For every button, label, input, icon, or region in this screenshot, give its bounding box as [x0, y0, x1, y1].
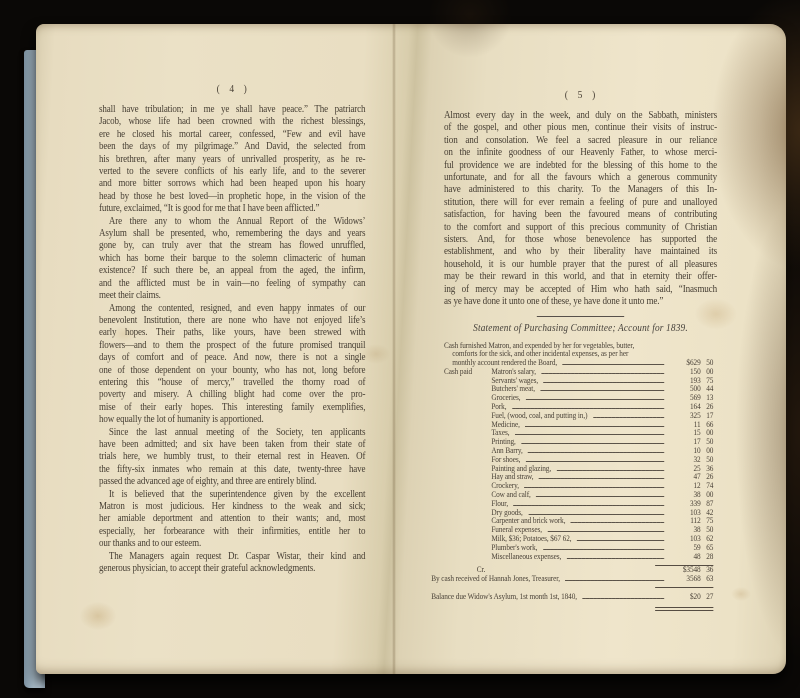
table-row: Miscellaneous expenses,4828: [444, 553, 717, 562]
text-line: and the afflicted must be in vain—no fee…: [99, 278, 365, 290]
text-line: sisters. And, for those whose benevolenc…: [444, 234, 717, 246]
table-row: Flour,33987: [444, 500, 717, 509]
text-line: generous physician, to accept their grat…: [99, 563, 365, 575]
text-line: been the days of my pilgrimage.” And Dav…: [99, 141, 365, 153]
text-line: establishment, and who by their liberali…: [444, 246, 717, 258]
text-line: his brethren, after many years of unriva…: [99, 154, 365, 166]
text-line: poverty and misery. A chilling blight ha…: [99, 389, 365, 401]
row-amount: 4828: [670, 553, 714, 562]
leader-dashes: [528, 514, 664, 515]
table-row: Fuel, (wood, coal, and putting in,)32517: [444, 412, 717, 421]
table-row: Balance due Widow's Asylum, 1st month 1s…: [431, 593, 717, 602]
open-page-spread: ( 4 ) shall have tribulation; in me ye s…: [36, 24, 786, 674]
body-paragraph: Are there any to whom the Annual Report …: [99, 216, 365, 303]
table-row: Cash paidMatron's salary,15000: [444, 368, 717, 377]
text-line: the fifty-six inmates who remain at this…: [99, 464, 365, 476]
text-line: benevolent Institution, there are none w…: [99, 315, 365, 327]
text-line: mise of their early hopes. This interest…: [99, 402, 365, 414]
section-divider-rule: [537, 316, 624, 317]
leader-dashes: [577, 540, 664, 541]
text-line: gone by, can truly aver that the stream …: [99, 240, 365, 252]
leader-dashes: [536, 496, 664, 497]
row-label: By cash received of Hannah Jones, Treasu…: [431, 575, 560, 584]
leader-dashes: [524, 487, 664, 488]
statement-heading: Statement of Purchasing Committee; Accou…: [444, 323, 717, 335]
table-row: Groceries,56913: [444, 394, 717, 403]
leader-dashes: [565, 580, 664, 581]
table-row: monthly account rendered the Board,$6295…: [444, 359, 717, 368]
table-row: Funeral expenses,3850: [444, 526, 717, 535]
table-row: Servants' wages,19375: [444, 377, 717, 386]
leader-dashes: [582, 598, 664, 599]
text-line: on the infinite goodness of our Heavenly…: [444, 147, 717, 159]
leader-dashes: [521, 443, 664, 444]
leader-dashes: [512, 408, 664, 409]
leader-dashes: [563, 364, 665, 365]
body-paragraph: The Managers again request Dr. Caspar Wi…: [99, 551, 365, 576]
page-number-right: ( 5 ): [444, 90, 717, 102]
table-row: Carpenter and brick work,11275: [444, 517, 717, 526]
text-line: have administered to this charity. To th…: [444, 184, 717, 196]
text-line: how equally the lot of humanity is appor…: [99, 414, 365, 426]
text-line: Jacob, whose life had been crowned with …: [99, 116, 365, 128]
page-number-left: ( 4 ): [99, 84, 365, 96]
leader-dashes: [525, 426, 664, 427]
book-gutter-shadow: [392, 24, 396, 674]
table-row: Milk, $36; Potatoes, $67 62,10362: [444, 535, 717, 544]
text-line: may be their reward in this world, and t…: [444, 271, 717, 283]
amount-dollars: $20: [670, 593, 701, 602]
row-amount: 356863: [670, 575, 714, 584]
text-line: verted to the severe conflicts of his ea…: [99, 166, 365, 178]
leader-dashes: [540, 390, 664, 391]
text-line: future, exclaimed, “It is good for me th…: [99, 203, 365, 215]
leader-dashes: [544, 382, 665, 383]
text-line: It is believed that the superintendence …: [99, 489, 365, 501]
table-row: Painting and glazing,2536: [444, 465, 717, 474]
text-line: one of those dependent on your bounty, w…: [99, 365, 365, 377]
leader-dashes: [514, 505, 665, 506]
right-page: ( 5 ) Almost every day in the week, and …: [444, 90, 717, 611]
body-paragraph: shall have tribulation; in me ye shall h…: [99, 104, 365, 216]
amount-dollars: 3568: [670, 575, 701, 584]
text-line: ing of mercy may be accepted of Him who …: [444, 284, 717, 296]
text-line: flowers—and to them the prospect of the …: [99, 340, 365, 352]
text-line: satisfaction, for having been the favour…: [444, 209, 717, 221]
table-row: Taxes,1500: [444, 429, 717, 438]
text-line: household, it is our humble prayer that …: [444, 259, 717, 271]
leader-dashes: [491, 571, 665, 572]
leader-dashes: [541, 373, 664, 374]
leader-dashes: [557, 470, 665, 471]
left-page-text: shall have tribulation; in me ye shall h…: [99, 104, 365, 575]
text-line: especially, her forbearance with their i…: [99, 526, 365, 538]
text-line: head by those he best loved—in prophetic…: [99, 191, 365, 203]
text-line: Almost every day in the week, and duly o…: [444, 110, 717, 122]
text-line: existence? If such there be, an appeal f…: [99, 265, 365, 277]
body-paragraph: It is believed that the superintendence …: [99, 489, 365, 551]
table-row: Plumber's work,5965: [444, 544, 717, 553]
book-scan-photo: ( 4 ) shall have tribulation; in me ye s…: [0, 0, 800, 698]
right-page-text: Almost every day in the week, and duly o…: [444, 110, 717, 309]
body-paragraph: Among the contented, resigned, and even …: [99, 303, 365, 427]
text-line: days of comfort and of peace. And now, t…: [99, 352, 365, 364]
text-line: and more bitter sorrows which had been h…: [99, 178, 365, 190]
table-row: Medicine,1166: [444, 421, 717, 430]
text-line: Since the last annual meeting of the Soc…: [99, 427, 365, 439]
text-line: of the gospel, and other pious men, cont…: [444, 122, 717, 134]
text-line: Matron is most judicious. Her kindness t…: [99, 501, 365, 513]
text-line: passed the advanced age of eighty, and t…: [99, 476, 365, 488]
text-line: Among the contented, resigned, and even …: [99, 303, 365, 315]
body-paragraph: Almost every day in the week, and duly o…: [444, 110, 717, 309]
text-line: ere he closed his mortal career, confess…: [99, 129, 365, 141]
leader-dashes: [547, 531, 664, 532]
amount-cents: 27: [701, 593, 714, 602]
text-line: have been admitted; and six have been ta…: [99, 439, 365, 451]
amount-cents: 63: [701, 575, 714, 584]
text-line: trials here, we humbly trust, to their e…: [99, 451, 365, 463]
text-line: meet their claims.: [99, 290, 365, 302]
row-label: Balance due Widow's Asylum, 1st month 1s…: [431, 593, 577, 602]
row-amount: $2027: [670, 593, 714, 602]
subtotal-rule: [655, 587, 713, 588]
leader-dashes: [571, 522, 664, 523]
amount-dollars: 48: [670, 553, 701, 562]
text-line: as ye have done it unto one of these, ye…: [444, 296, 717, 308]
text-line: unfortunate, and for all the favours whi…: [444, 172, 717, 184]
leader-dashes: [528, 452, 664, 453]
closing-double-rule: [655, 607, 713, 611]
row-label: Miscellaneous expenses,: [491, 553, 561, 562]
amount-cents: 28: [701, 553, 714, 562]
text-line: tion and consolation. We feel a sacred p…: [444, 135, 717, 147]
text-line: Are there any to whom the Annual Report …: [99, 216, 365, 228]
text-line: shall have tribulation; in me ye shall h…: [99, 104, 365, 116]
text-line: Asylum shall be presented, who, remember…: [99, 228, 365, 240]
table-row: Cow and calf,3800: [444, 491, 717, 500]
table-row: For shoes,3250: [444, 456, 717, 465]
table-row: Dry goods,10342: [444, 509, 717, 518]
body-paragraph: Since the last annual meeting of the Soc…: [99, 427, 365, 489]
leader-dashes: [515, 434, 664, 435]
table-row: By cash received of Hannah Jones, Treasu…: [431, 575, 717, 584]
text-line: early hopes. Their paths, like yours, ha…: [99, 327, 365, 339]
text-line: her amiable deportment and attention to …: [99, 513, 365, 525]
text-line: entering this “house of mercy,” travelle…: [99, 377, 365, 389]
leader-dashes: [543, 549, 664, 550]
text-line: to the comfort and support of this preci…: [444, 222, 717, 234]
table-row: Hay and straw,4726: [444, 473, 717, 482]
leader-dashes: [539, 478, 664, 479]
leader-dashes: [567, 558, 665, 559]
text-line: which has borne their barque to the sole…: [99, 253, 365, 265]
account-table: Cash furnished Matron, and expended by h…: [444, 342, 717, 611]
row-prefix: Cash paid: [444, 368, 491, 377]
leader-dashes: [526, 461, 664, 462]
table-row: Ann Barry,1000: [444, 447, 717, 456]
table-row: Printing,1750: [444, 438, 717, 447]
table-row: Butchers' meat,50044: [444, 385, 717, 394]
leader-dashes: [593, 417, 664, 418]
left-page: ( 4 ) shall have tribulation; in me ye s…: [99, 84, 365, 575]
text-line: ful providence we are indebted for the b…: [444, 160, 717, 172]
leader-dashes: [526, 399, 664, 400]
text-line: our thanks and to our esteem.: [99, 538, 365, 550]
text-line: The Managers again request Dr. Caspar Wi…: [99, 551, 365, 563]
text-line: stitution, there will for ever remain a …: [444, 197, 717, 209]
table-row: Crockery,1274: [444, 482, 717, 491]
